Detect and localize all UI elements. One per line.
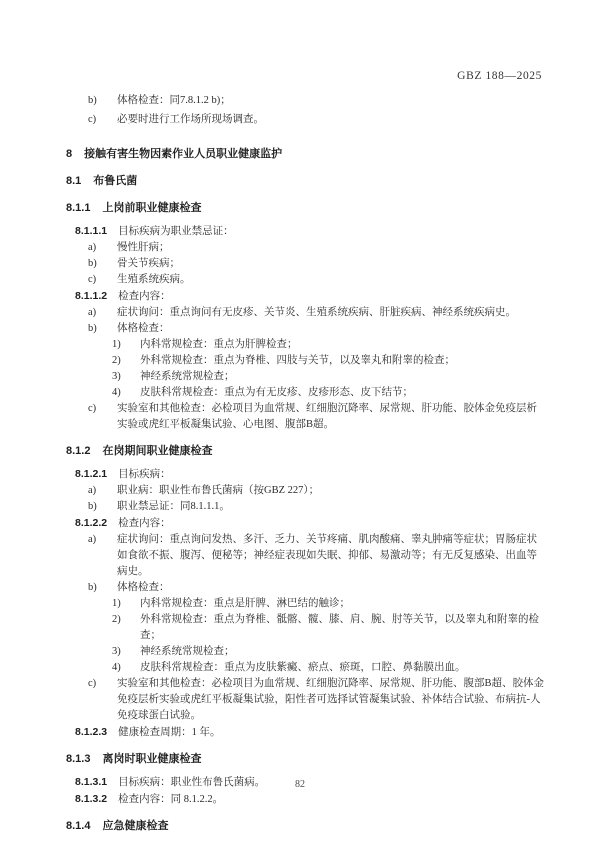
clause-paragraph: 8.1.1.1目标疾病为职业禁忌证： — [66, 223, 545, 240]
list-item-marker: 1) — [112, 596, 140, 612]
list-item: a)症状询问：重点询问有无皮疹、关节炎、生殖系统疾病、肝脏疾病、神经系统疾病史。 — [66, 305, 545, 321]
section-heading: 8.1.2在岗期间职业健康检查 — [66, 443, 545, 460]
clause-number: 8.1.1.1 — [75, 225, 107, 237]
clause-paragraph: 8.1.2.1目标疾病： — [66, 466, 545, 483]
heading-number: 8.1.3 — [66, 753, 90, 765]
list-item-marker: c) — [88, 676, 117, 724]
list-item-text: 皮肤科常规检查：重点为皮肤紫癜、瘀点、瘀斑，口腔、鼻黏膜出血。 — [140, 660, 545, 676]
list-item: b)体格检查：同7.8.1.2 b)； — [66, 91, 545, 110]
list-item: 1)内科常规检查：重点为肝脾检查； — [66, 337, 545, 353]
clause-text: 目标疾病为职业禁忌证： — [118, 226, 234, 237]
list-item-marker: 3) — [112, 644, 140, 660]
list-item-marker: 4) — [112, 660, 140, 676]
heading-text: 上岗前职业健康检查 — [102, 202, 201, 214]
list-item-text: 骨关节疾病； — [117, 256, 545, 272]
list-item-text: 生殖系统疾病。 — [117, 272, 545, 288]
list-item-marker: b) — [88, 580, 117, 596]
list-item-text: 外科常规检查：重点为脊椎、骶髂、髋、膝、肩、腕、肘等关节，以及睾丸和附睾的检查； — [140, 612, 545, 644]
list-item-text: 实验室和其他检查：必检项目为血常规、红细胞沉降率、尿常规、肝功能、胶体金免疫层析… — [117, 401, 545, 433]
list-item-text: 外科常规检查：重点为脊椎、四肢与关节，以及睾丸和附睾的检查； — [140, 353, 545, 369]
list-item: c)实验室和其他检查：必检项目为血常规、红细胞沉降率、尿常规、肝功能、胶体金免疫… — [66, 401, 545, 433]
list-item-marker: a) — [88, 305, 117, 321]
list-item-marker: 3) — [112, 369, 140, 385]
list-item-text: 职业禁忌证：同8.1.1.1。 — [117, 499, 545, 515]
list-item: c)生殖系统疾病。 — [66, 272, 545, 288]
clause-paragraph: 8.1.3.2检查内容：同 8.1.2.2。 — [66, 791, 545, 808]
heading-number: 8.1 — [66, 175, 81, 187]
list-item-marker: b) — [88, 256, 117, 272]
list-item: 1)内科常规检查：重点是肝脾、淋巴结的触诊； — [66, 596, 545, 612]
list-item: b)体格检查： — [66, 580, 545, 596]
list-item-marker: a) — [88, 240, 117, 256]
clause-paragraph: 8.1.2.2检查内容： — [66, 515, 545, 532]
list-item: 2)外科常规检查：重点为脊椎、骶髂、髋、膝、肩、腕、肘等关节，以及睾丸和附睾的检… — [66, 612, 545, 644]
clause-text: 检查内容： — [118, 291, 171, 302]
list-item-text: 症状询问：重点询问有无皮疹、关节炎、生殖系统疾病、肝脏疾病、神经系统疾病史。 — [117, 305, 545, 321]
heading-number: 8 — [66, 148, 72, 160]
clause-number: 8.1.1.2 — [75, 290, 107, 302]
heading-number: 8.1.2 — [66, 445, 90, 457]
heading-text: 接触有害生物因素作业人员职业健康监护 — [84, 148, 282, 160]
list-item: 2)外科常规检查：重点为脊椎、四肢与关节，以及睾丸和附睾的检查； — [66, 353, 545, 369]
list-item-text: 体格检查： — [117, 580, 545, 596]
clause-paragraph: 8.1.1.2检查内容： — [66, 288, 545, 305]
list-item-text: 症状询问：重点询问发热、多汗、乏力、关节疼痛、肌肉酸痛、睾丸肿痛等症状；胃肠症状… — [117, 532, 545, 580]
list-item-marker: b) — [88, 91, 117, 110]
heading-text: 离岗时职业健康检查 — [102, 753, 201, 765]
clause-text: 目标疾病： — [118, 469, 171, 480]
list-item-text: 内科常规检查：重点为肝脾检查； — [140, 337, 545, 353]
list-item-marker: 4) — [112, 385, 140, 401]
section-heading: 8.1.4应急健康检查 — [66, 818, 545, 835]
clause-text: 检查内容：同 8.1.2.2。 — [118, 794, 223, 805]
heading-text: 布鲁氏菌 — [93, 175, 137, 187]
standard-number: GBZ 188—2025 — [457, 70, 542, 82]
list-item-text: 实验室和其他检查：必检项目为血常规、红细胞沉降率、尿常规、肝功能、腹部B超、胶体… — [117, 676, 545, 724]
page-number: 82 — [0, 779, 600, 790]
heading-text: 应急健康检查 — [102, 820, 168, 832]
list-item: a)症状询问：重点询问发热、多汗、乏力、关节疼痛、肌肉酸痛、睾丸肿痛等症状；胃肠… — [66, 532, 545, 580]
section-heading: 8.1布鲁氏菌 — [66, 173, 545, 190]
list-item-text: 皮肤科常规检查：重点为有无皮疹、皮疹形态、皮下结节； — [140, 385, 545, 401]
list-item: 3)神经系统常规检查； — [66, 369, 545, 385]
list-item: 3)神经系统常规检查； — [66, 644, 545, 660]
list-item: a)职业病：职业性布鲁氏菌病（按GBZ 227）； — [66, 483, 545, 499]
list-item-text: 体格检查： — [117, 321, 545, 337]
clause-text: 健康检查周期：1 年。 — [118, 727, 220, 738]
list-item: c)必要时进行工作场所现场调查。 — [66, 110, 545, 129]
heading-text: 在岗期间职业健康检查 — [102, 445, 212, 457]
heading-number: 8.1.4 — [66, 820, 90, 832]
clause-text: 检查内容： — [118, 518, 171, 529]
list-item-text: 必要时进行工作场所现场调查。 — [117, 110, 545, 129]
list-item: b)体格检查： — [66, 321, 545, 337]
list-item-marker: b) — [88, 321, 117, 337]
document-page: GBZ 188—2025 b)体格检查：同7.8.1.2 b)；c)必要时进行工… — [0, 0, 600, 848]
list-item-marker: b) — [88, 499, 117, 515]
list-item-marker: 2) — [112, 612, 140, 644]
list-item-marker: a) — [88, 532, 117, 580]
list-item-text: 神经系统常规检查； — [140, 369, 545, 385]
list-item-text: 神经系统常规检查； — [140, 644, 545, 660]
section-heading: 8.1.1上岗前职业健康检查 — [66, 200, 545, 217]
heading-number: 8.1.1 — [66, 202, 90, 214]
list-item-marker: 2) — [112, 353, 140, 369]
list-item-marker: c) — [88, 110, 117, 129]
section-heading: 8接触有害生物因素作业人员职业健康监护 — [66, 146, 545, 163]
list-item-marker: a) — [88, 483, 117, 499]
list-item: a)慢性肝病； — [66, 240, 545, 256]
list-item: 4)皮肤科常规检查：重点为皮肤紫癜、瘀点、瘀斑，口腔、鼻黏膜出血。 — [66, 660, 545, 676]
list-item-text: 内科常规检查：重点是肝脾、淋巴结的触诊； — [140, 596, 545, 612]
list-item-marker: c) — [88, 401, 117, 433]
list-item: b)骨关节疾病； — [66, 256, 545, 272]
clause-number: 8.1.2.1 — [75, 468, 107, 480]
list-item: b)职业禁忌证：同8.1.1.1。 — [66, 499, 545, 515]
list-item-text: 职业病：职业性布鲁氏菌病（按GBZ 227）； — [117, 483, 545, 499]
list-item-marker: 1) — [112, 337, 140, 353]
clause-number: 8.1.2.3 — [75, 726, 107, 738]
list-item: 4)皮肤科常规检查：重点为有无皮疹、皮疹形态、皮下结节； — [66, 385, 545, 401]
clause-paragraph: 8.1.2.3健康检查周期：1 年。 — [66, 724, 545, 741]
list-item: c)实验室和其他检查：必检项目为血常规、红细胞沉降率、尿常规、肝功能、腹部B超、… — [66, 676, 545, 724]
clause-number: 8.1.3.2 — [75, 793, 107, 805]
list-item-text: 慢性肝病； — [117, 240, 545, 256]
list-item-marker: c) — [88, 272, 117, 288]
list-item-text: 体格检查：同7.8.1.2 b)； — [117, 91, 545, 110]
document-body: b)体格检查：同7.8.1.2 b)；c)必要时进行工作场所现场调查。8接触有害… — [66, 91, 545, 841]
clause-number: 8.1.2.2 — [75, 517, 107, 529]
section-heading: 8.1.3离岗时职业健康检查 — [66, 751, 545, 768]
